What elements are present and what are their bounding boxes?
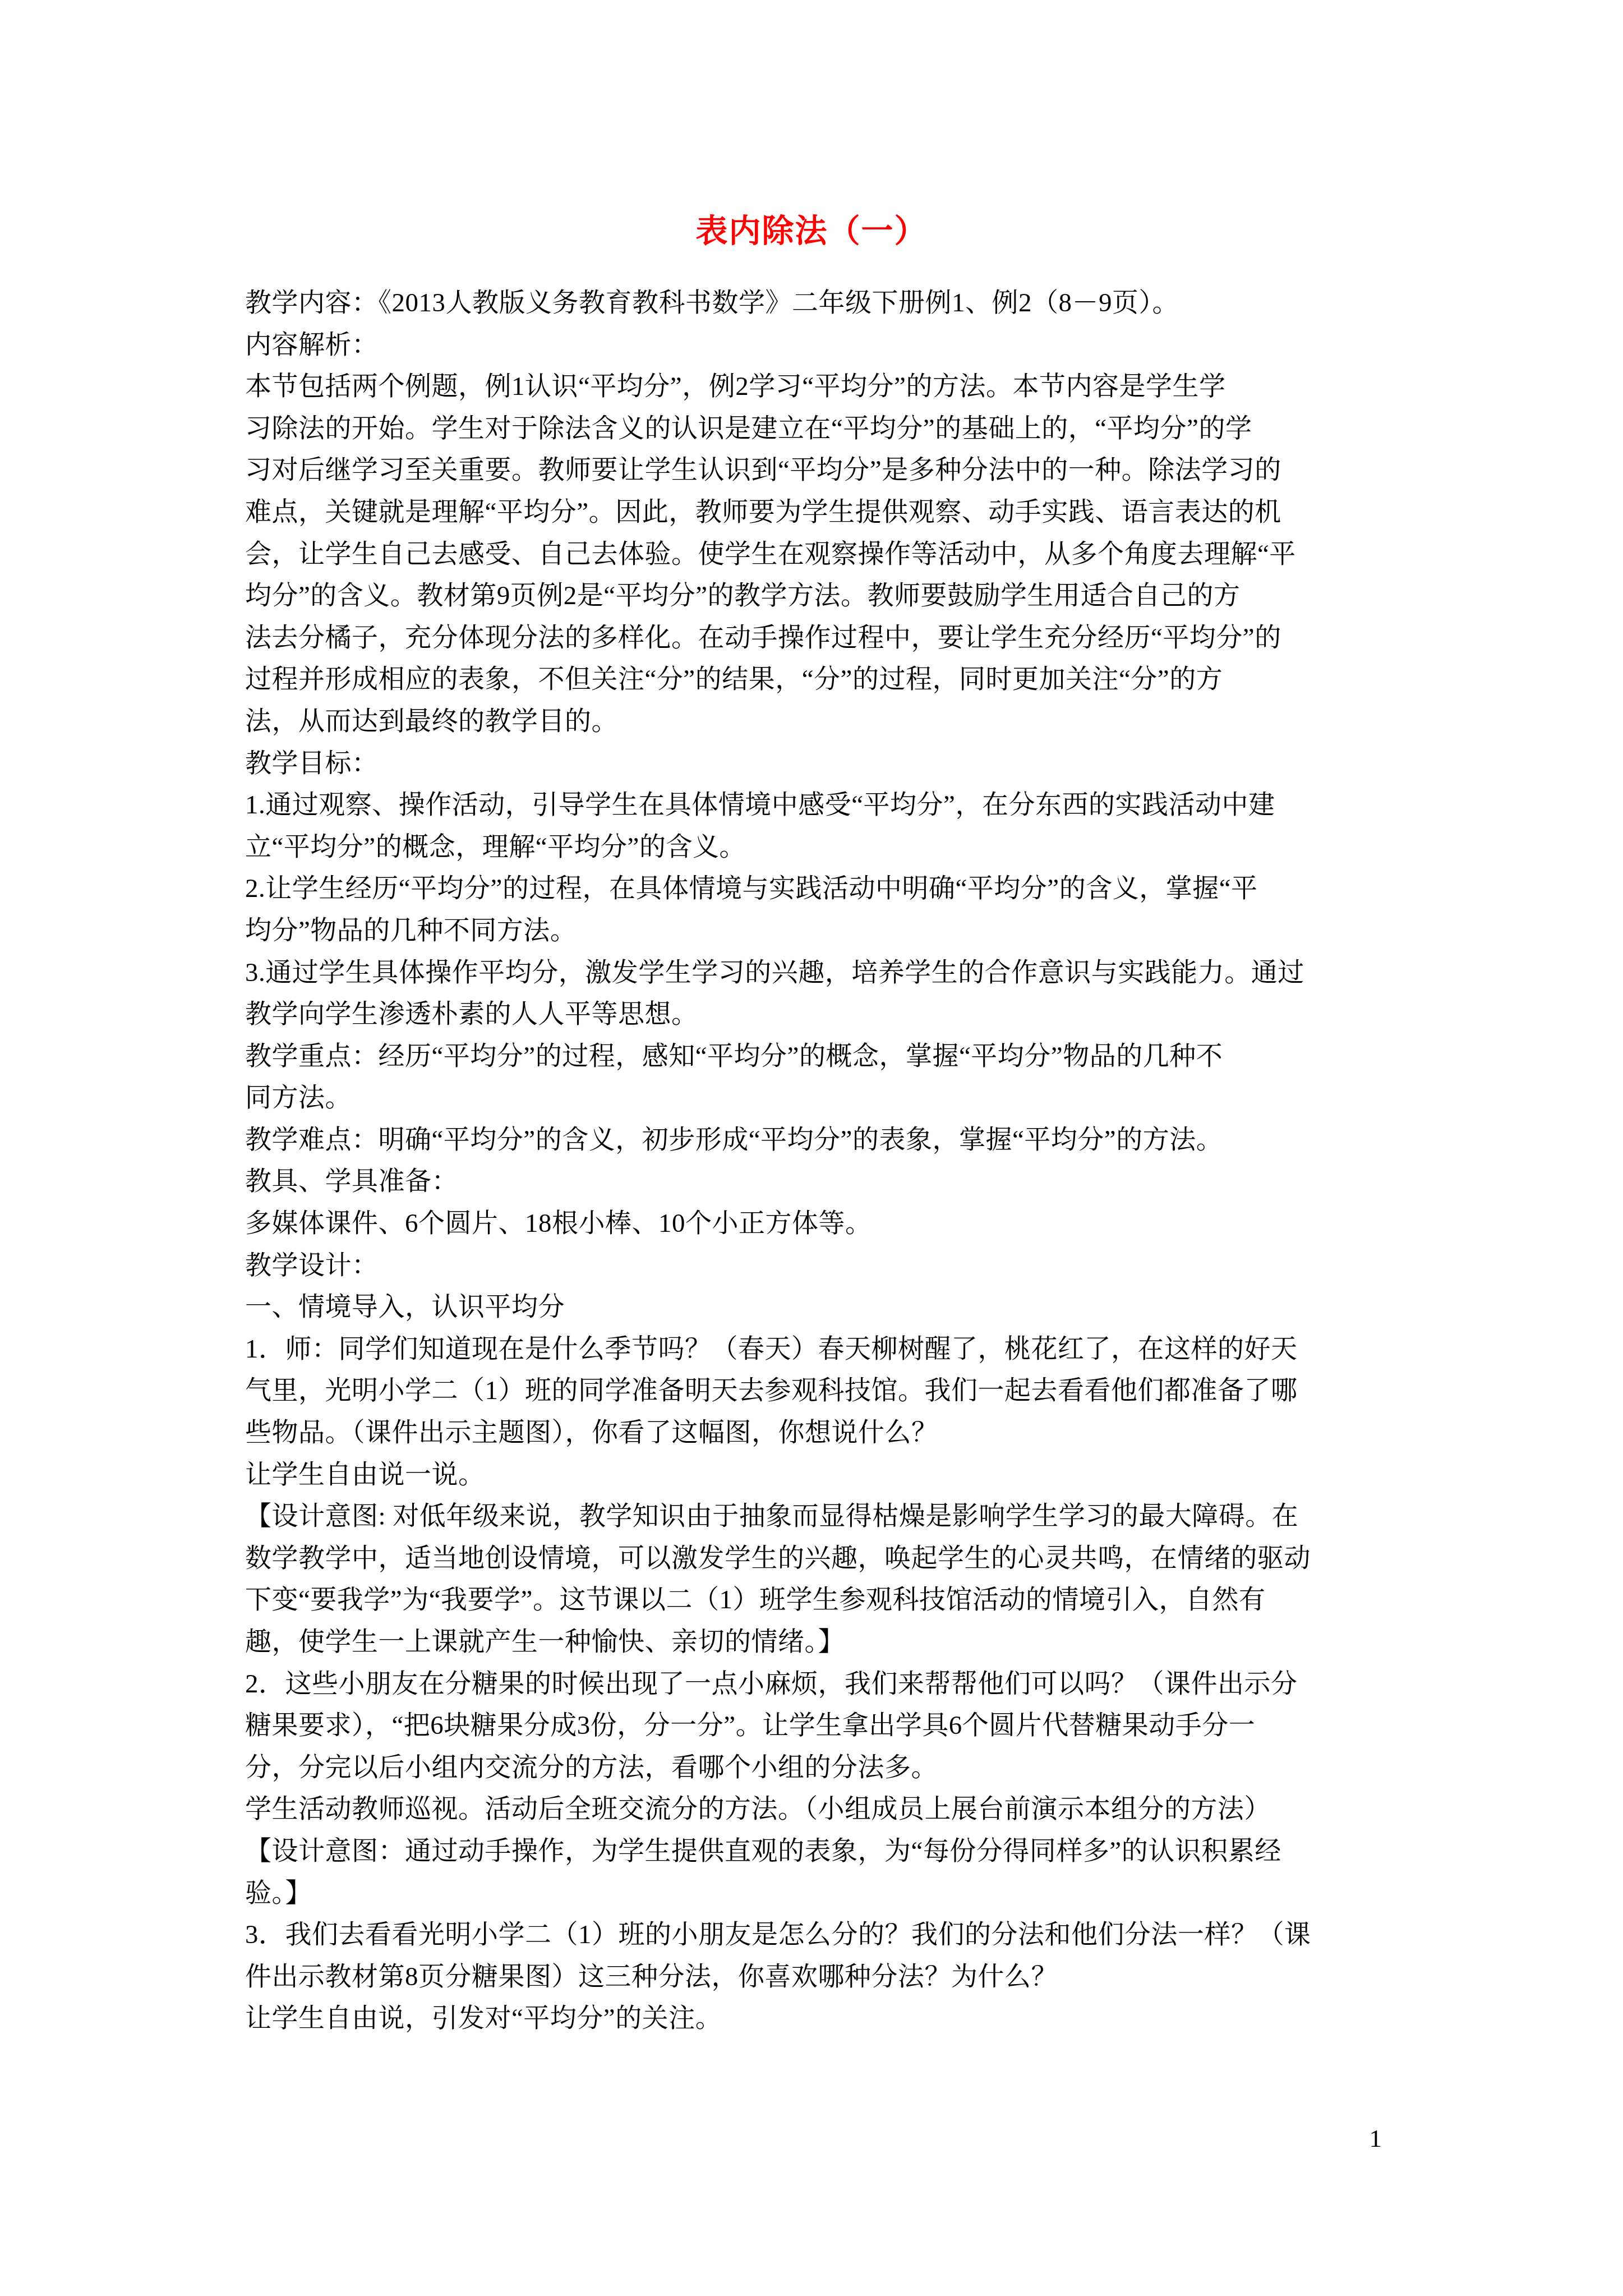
document-line: 内容解析：: [245, 324, 1384, 366]
document-line: 均分”的含义。教材第9页例2是“平均分”的教学方法。教师要鼓励学生用适合自己的方: [245, 575, 1384, 617]
document-line: 法，从而达到最终的教学目的。: [245, 701, 1384, 743]
document-line: 趣，使学生一上课就产生一种愉快、亲切的情绪。】: [245, 1621, 1384, 1663]
document-line: 多媒体课件、6个圆片、18根小棒、10个小正方体等。: [245, 1203, 1384, 1245]
document-line: 3.通过学生具体操作平均分，激发学生学习的兴趣，培养学生的合作意识与实践能力。通…: [245, 952, 1384, 994]
document-line: 1．师：同学们知道现在是什么季节吗？（春天）春天柳树醒了，桃花红了，在这样的好天: [245, 1328, 1384, 1370]
page-number: 1: [1370, 2122, 1382, 2155]
document-line: 法去分橘子，充分体现分法的多样化。在动手操作过程中，要让学生充分经历“平均分”的: [245, 617, 1384, 659]
document-line: 均分”物品的几种不同方法。: [245, 910, 1384, 952]
document-line: 同方法。: [245, 1077, 1384, 1119]
document-line: 习对后继学习至关重要。教师要让学生认识到“平均分”是多种分法中的一种。除法学习的: [245, 449, 1384, 491]
document-line: 3．我们去看看光明小学二（1）班的小朋友是怎么分的？我们的分法和他们分法一样？（…: [245, 1914, 1384, 1956]
document-line: 让学生自由说一说。: [245, 1454, 1384, 1496]
document-line: 习除法的开始。学生对于除法含义的认识是建立在“平均分”的基础上的，“平均分”的学: [245, 408, 1384, 450]
document-line: 【设计意图：通过动手操作，为学生提供直观的表象，为“每份分得同样多”的认识积累经: [245, 1830, 1384, 1872]
document-line: 分，分完以后小组内交流分的方法，看哪个小组的分法多。: [245, 1747, 1384, 1789]
document-line: 教学难点：明确“平均分”的含义，初步形成“平均分”的表象，掌握“平均分”的方法。: [245, 1119, 1384, 1161]
document-line: 本节包括两个例题，例1认识“平均分”，例2学习“平均分”的方法。本节内容是学生学: [245, 366, 1384, 408]
document-line: 会，让学生自己去感受、自己去体验。使学生在观察操作等活动中，从多个角度去理解“平: [245, 533, 1384, 576]
document-title: 表内除法（一）: [0, 212, 1623, 251]
document-line: 过程并形成相应的表象，不但关注“分”的结果，“分”的过程，同时更加关注“分”的方: [245, 659, 1384, 701]
document-page: 表内除法（一） 教学内容：《2013人教版义务教育教科书数学》二年级下册例1、例…: [0, 0, 1623, 2296]
document-line: 立“平均分”的概念，理解“平均分”的含义。: [245, 826, 1384, 868]
document-line: 教学内容：《2013人教版义务教育教科书数学》二年级下册例1、例2（8－9页）。: [245, 282, 1384, 324]
document-line: 难点，关键就是理解“平均分”。因此，教师要为学生提供观察、动手实践、语言表达的机: [245, 491, 1384, 533]
document-line: 让学生自由说，引发对“平均分”的关注。: [245, 1998, 1384, 2040]
document-line: 下变“要我学”为“我要学”。这节课以二（1）班学生参观科技馆活动的情境引入，自然…: [245, 1579, 1384, 1621]
document-line: 教学重点：经历“平均分”的过程，感知“平均分”的概念，掌握“平均分”物品的几种不: [245, 1036, 1384, 1078]
document-line: 件出示教材第8页分糖果图）这三种分法，你喜欢哪种分法？为什么？: [245, 1956, 1384, 1998]
document-line: 教具、学具准备：: [245, 1161, 1384, 1203]
document-body: 教学内容：《2013人教版义务教育教科书数学》二年级下册例1、例2（8－9页）。…: [245, 282, 1384, 2040]
document-line: 2．这些小朋友在分糖果的时候出现了一点小麻烦，我们来帮帮他们可以吗？（课件出示分: [245, 1663, 1384, 1705]
document-line: 1.通过观察、操作活动，引导学生在具体情境中感受“平均分”，在分东西的实践活动中…: [245, 784, 1384, 826]
document-line: 一、情境导入，认识平均分: [245, 1286, 1384, 1328]
document-line: 糖果要求），“把6块糖果分成3份，分一分”。让学生拿出学具6个圆片代替糖果动手分…: [245, 1705, 1384, 1747]
document-line: 【设计意图: 对低年级来说，教学知识由于抽象而显得枯燥是影响学生学习的最大障碍。…: [245, 1496, 1384, 1538]
document-line: 些物品。（课件出示主题图），你看了这幅图，你想说什么？: [245, 1412, 1384, 1454]
document-line: 2.让学生经历“平均分”的过程，在具体情境与实践活动中明确“平均分”的含义，掌握…: [245, 868, 1384, 910]
document-line: 教学向学生渗透朴素的人人平等思想。: [245, 993, 1384, 1036]
document-line: 教学设计：: [245, 1245, 1384, 1287]
document-line: 气里，光明小学二（1）班的同学准备明天去参观科技馆。我们一起去看看他们都准备了哪: [245, 1370, 1384, 1412]
document-line: 数学教学中，适当地创设情境，可以激发学生的兴趣，唤起学生的心灵共鸣，在情绪的驱动: [245, 1538, 1384, 1580]
document-line: 教学目标：: [245, 743, 1384, 785]
document-line: 学生活动教师巡视。活动后全班交流分的方法。（小组成员上展台前演示本组分的方法）: [245, 1788, 1384, 1830]
document-line: 验。】: [245, 1872, 1384, 1915]
